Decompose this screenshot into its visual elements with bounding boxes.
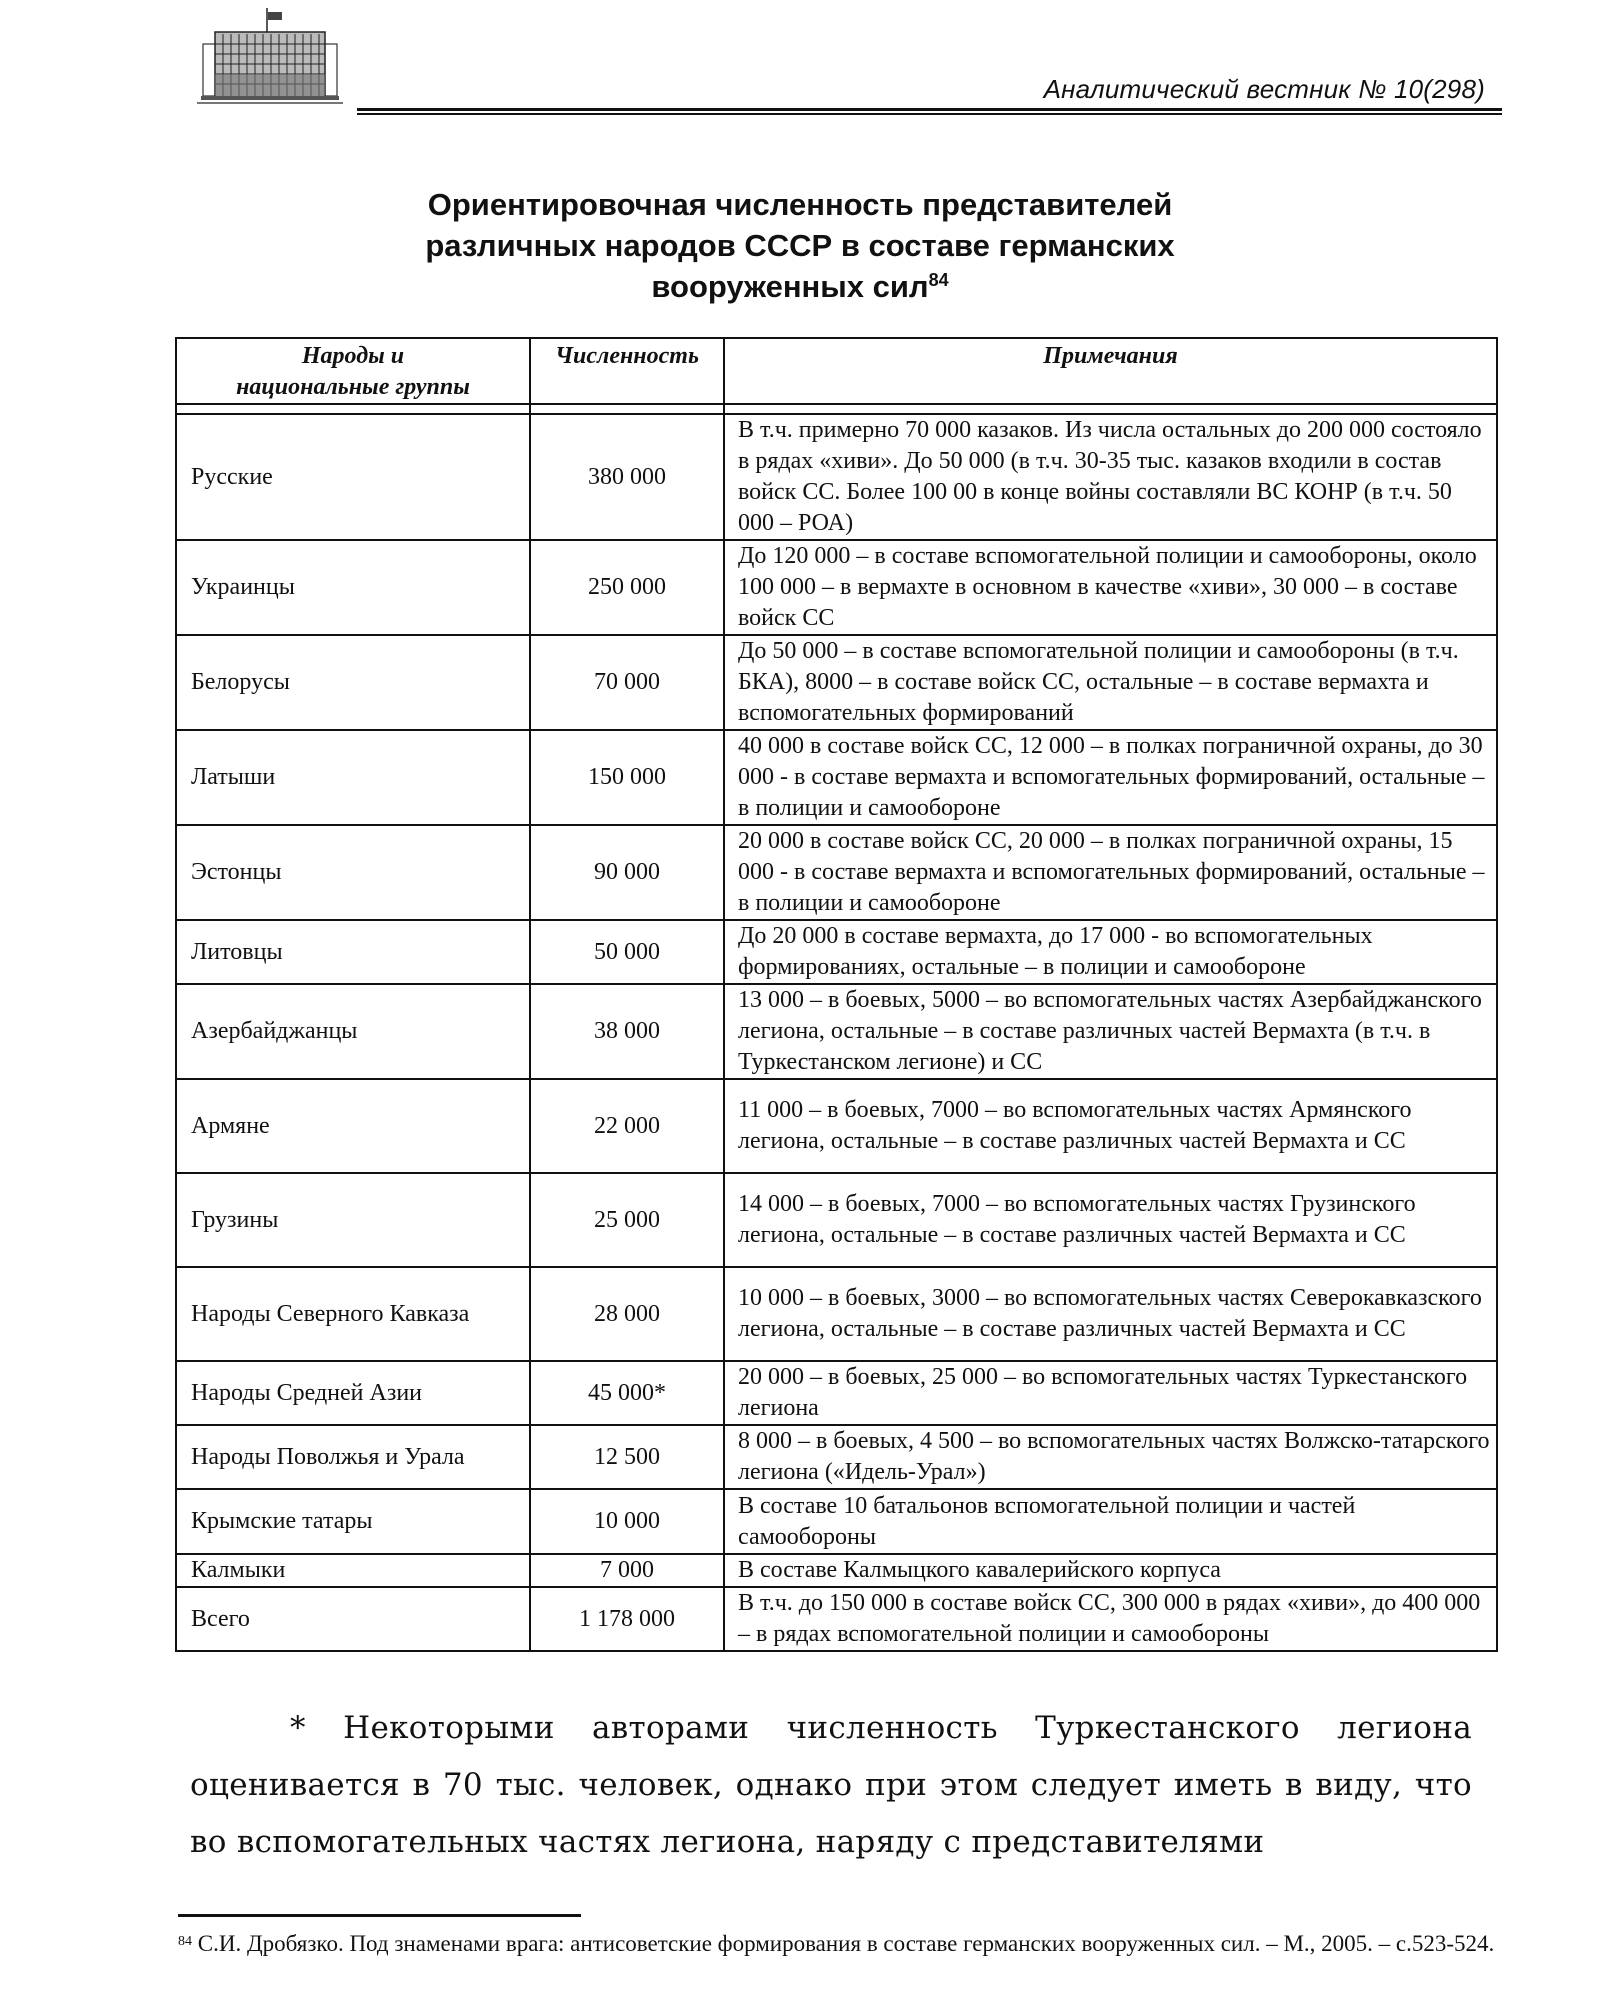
table-spacer-row	[176, 404, 1497, 414]
table-row: Крымские татары10 000В составе 10 баталь…	[176, 1489, 1497, 1554]
notes-cell: В составе 10 батальонов вспомогательной …	[724, 1489, 1497, 1554]
count-cell: 50 000	[530, 920, 724, 984]
nationality-cell: Азербайджанцы	[176, 984, 530, 1079]
nationality-cell: Литовцы	[176, 920, 530, 984]
title-line-3: вооруженных сил84	[300, 266, 1300, 307]
column-header-nationality-line-2: национальные группы	[177, 372, 529, 403]
notes-cell: 13 000 – в боевых, 5000 – во вспомогател…	[724, 984, 1497, 1079]
nationality-cell: Латыши	[176, 730, 530, 825]
notes-cell: До 50 000 – в составе вспомогательной по…	[724, 635, 1497, 730]
footnote-number: 84	[178, 1934, 192, 1949]
notes-cell: 10 000 – в боевых, 3000 – во вспомогател…	[724, 1267, 1497, 1361]
footnote-text: С.И. Дробязко. Под знаменами врага: анти…	[198, 1931, 1495, 1956]
notes-cell: 11 000 – в боевых, 7000 – во вспомогател…	[724, 1079, 1497, 1173]
count-cell: 45 000*	[530, 1361, 724, 1425]
table-row: Эстонцы90 00020 000 в составе войск СС, …	[176, 825, 1497, 920]
nationality-cell: Русские	[176, 414, 530, 540]
page-title: Ориентировочная численность представител…	[300, 184, 1300, 307]
notes-cell: 14 000 – в боевых, 7000 – во вспомогател…	[724, 1173, 1497, 1267]
notes-cell: В составе Калмыцкого кавалерийского корп…	[724, 1554, 1497, 1587]
notes-cell: В т.ч. до 150 000 в составе войск СС, 30…	[724, 1587, 1497, 1651]
nationality-cell: Белорусы	[176, 635, 530, 730]
government-building-icon	[195, 6, 345, 106]
table-row: Народы Средней Азии45 000*20 000 – в бое…	[176, 1361, 1497, 1425]
table-row: Латыши150 00040 000 в составе войск СС, …	[176, 730, 1497, 825]
notes-cell: До 120 000 – в составе вспомогательной п…	[724, 540, 1497, 635]
column-header-notes: Примечания	[724, 338, 1497, 404]
notes-cell: До 20 000 в составе вермахта, до 17 000 …	[724, 920, 1497, 984]
table-row: Грузины25 00014 000 – в боевых, 7000 – в…	[176, 1173, 1497, 1267]
count-cell: 38 000	[530, 984, 724, 1079]
nationality-cell: Калмыки	[176, 1554, 530, 1587]
title-line-2: различных народов СССР в составе германс…	[300, 225, 1300, 266]
table-header-row: Народы и национальные группы Численность…	[176, 338, 1497, 404]
table-row: Народы Поволжья и Урала12 5008 000 – в б…	[176, 1425, 1497, 1489]
column-header-count: Численность	[530, 338, 724, 404]
table-row: Калмыки7 000В составе Калмыцкого кавалер…	[176, 1554, 1497, 1587]
table-row: Русские380 000В т.ч. примерно 70 000 каз…	[176, 414, 1497, 540]
count-cell: 70 000	[530, 635, 724, 730]
title-line-1: Ориентировочная численность представител…	[300, 184, 1300, 225]
footnote-separator	[178, 1914, 581, 1917]
notes-cell: 20 000 – в боевых, 25 000 – во вспомогат…	[724, 1361, 1497, 1425]
count-cell: 10 000	[530, 1489, 724, 1554]
notes-cell: 20 000 в составе войск СС, 20 000 – в по…	[724, 825, 1497, 920]
nationality-cell: Народы Северного Кавказа	[176, 1267, 530, 1361]
footnote: 84 С.И. Дробязко. Под знаменами врага: а…	[178, 1928, 1498, 1960]
table-row: Литовцы50 000До 20 000 в составе вермахт…	[176, 920, 1497, 984]
table-row: Белорусы70 000До 50 000 – в составе вспо…	[176, 635, 1497, 730]
count-cell: 7 000	[530, 1554, 724, 1587]
notes-cell: 40 000 в составе войск СС, 12 000 – в по…	[724, 730, 1497, 825]
nationality-cell: Народы Поволжья и Урала	[176, 1425, 530, 1489]
column-header-nationality-line-1: Народы и	[177, 341, 529, 372]
nationality-cell: Украинцы	[176, 540, 530, 635]
count-cell: 250 000	[530, 540, 724, 635]
count-cell: 22 000	[530, 1079, 724, 1173]
nationality-cell: Крымские татары	[176, 1489, 530, 1554]
asterisk-note-paragraph: * Некоторыми авторами численность Туркес…	[190, 1700, 1472, 1871]
count-cell: 150 000	[530, 730, 724, 825]
title-footnote-ref[interactable]: 84	[929, 270, 949, 290]
nationality-cell: Грузины	[176, 1173, 530, 1267]
notes-cell: 8 000 – в боевых, 4 500 – во вспомогател…	[724, 1425, 1497, 1489]
count-cell: 380 000	[530, 414, 724, 540]
count-cell: 12 500	[530, 1425, 724, 1489]
count-cell: 90 000	[530, 825, 724, 920]
nationality-cell: Народы Средней Азии	[176, 1361, 530, 1425]
table-row: Украинцы250 000До 120 000 – в составе вс…	[176, 540, 1497, 635]
running-head: Аналитический вестник № 10(298)	[1044, 74, 1485, 105]
nationality-cell: Эстонцы	[176, 825, 530, 920]
table-row: Армяне22 00011 000 – в боевых, 7000 – во…	[176, 1079, 1497, 1173]
table-row: Народы Северного Кавказа28 00010 000 – в…	[176, 1267, 1497, 1361]
count-cell: 1 178 000	[530, 1587, 724, 1651]
title-line-3-text: вооруженных сил	[651, 269, 928, 304]
nationality-cell: Армяне	[176, 1079, 530, 1173]
table-row: Азербайджанцы38 00013 000 – в боевых, 50…	[176, 984, 1497, 1079]
header-double-rule	[357, 108, 1502, 115]
nationality-cell: Всего	[176, 1587, 530, 1651]
count-cell: 25 000	[530, 1173, 724, 1267]
count-cell: 28 000	[530, 1267, 724, 1361]
nationalities-table: Народы и национальные группы Численность…	[175, 337, 1498, 1652]
table-row: Всего1 178 000В т.ч. до 150 000 в состав…	[176, 1587, 1497, 1651]
column-header-nationality: Народы и национальные группы	[176, 338, 530, 404]
notes-cell: В т.ч. примерно 70 000 казаков. Из числа…	[724, 414, 1497, 540]
